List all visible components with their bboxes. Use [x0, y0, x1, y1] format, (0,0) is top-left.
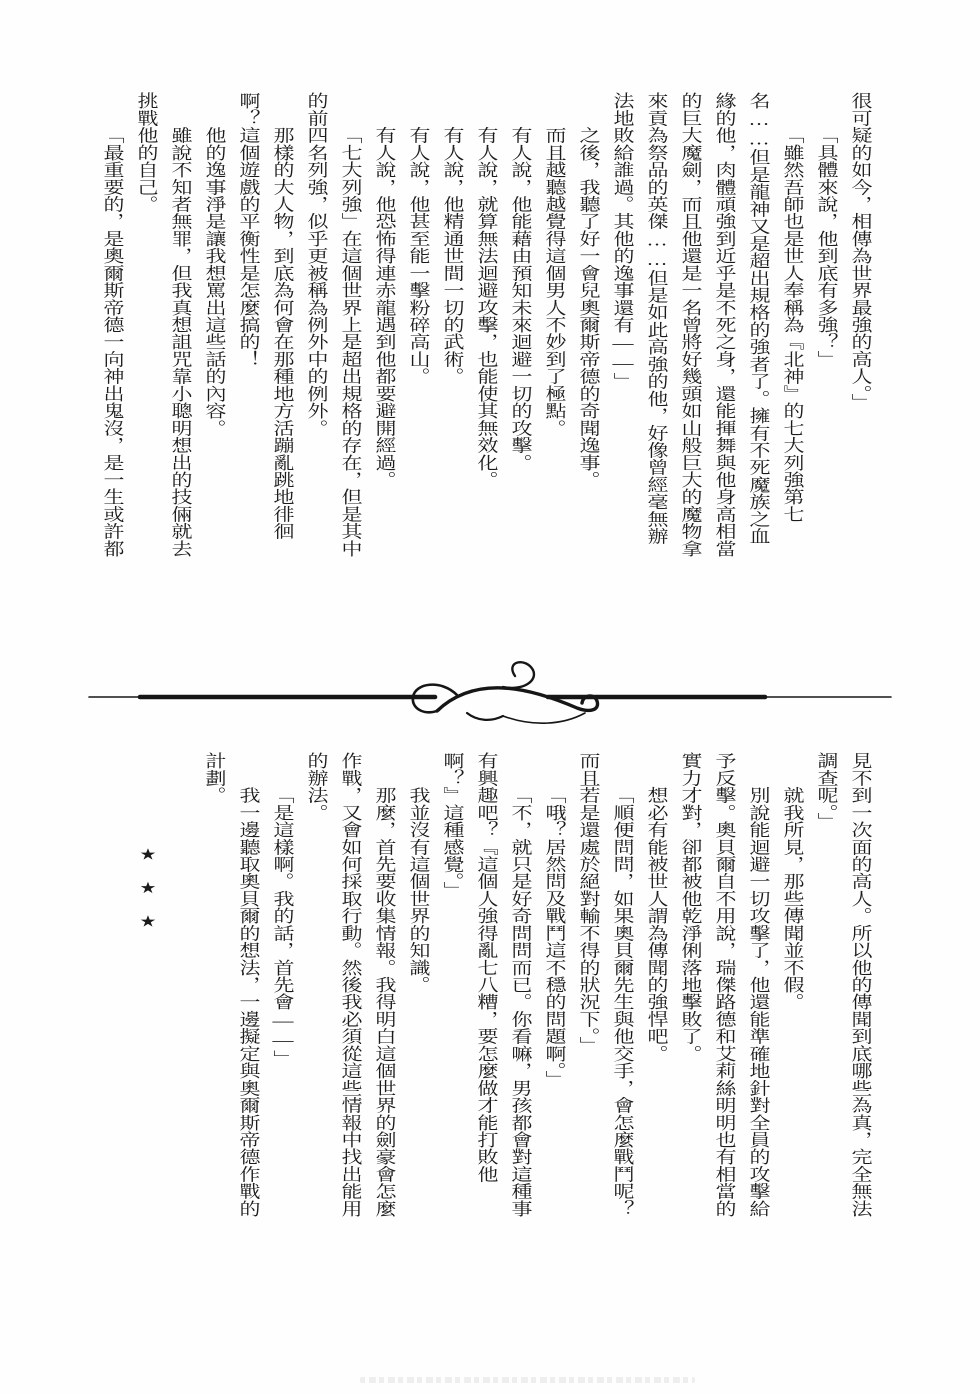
paragraph: 見不到一次面的高人。所以他的傳聞到底哪些為真，完全無法調查呢。」 [810, 752, 878, 1217]
paragraph: 我並沒有這個世界的知識。 [402, 752, 436, 1217]
paragraph: 想必有能被世人謂為傳聞的強悍吧。 [640, 752, 674, 1217]
paragraph: 有人說，就算無法迴避攻擊，也能使其無效化。 [470, 92, 504, 557]
paragraph: 雖說不知者無罪，但我真想詛咒靠小聰明想出的技倆就去挑戰他的自己。 [130, 92, 198, 557]
paragraph: 「雖然吾師也是世人奉稱為『北神』的七大列強第七名……但是龍神又是超出規格的強者了… [606, 92, 810, 557]
top-text-block: 很可疑的如今，相傳為世界最強的高人。」 「具體來說，他到底有多強？」 「雖然吾師… [96, 92, 878, 557]
faint-footer-text [360, 1377, 695, 1383]
paragraph: 「不，就只是好奇問問而已。你看嘛，男孩都會對這種事有興趣吧？『這個人強得亂七八糟… [436, 752, 538, 1217]
scene-break-stars: ★ ★ ★ [130, 752, 164, 1217]
bottom-text-block: 見不到一次面的高人。所以他的傳聞到底哪些為真，完全無法調查呢。」 就我所見，那些… [130, 752, 878, 1217]
paragraph: 我一邊聽取奧貝爾的想法，一邊擬定與奧爾斯帝德作戰的計劃。 [198, 752, 266, 1217]
paragraph: 而且越聽越覺得這個男人不妙到了極點。 [538, 92, 572, 557]
novel-page: 很可疑的如今，相傳為世界最強的高人。」 「具體來說，他到底有多強？」 「雖然吾師… [0, 0, 980, 1394]
paragraph: 有人說，他甚至能一擊粉碎高山。 [402, 92, 436, 557]
paragraph: 有人說，他恐怖得連赤龍遇到他都要避開經過。 [368, 92, 402, 557]
divider-flourish-icon [85, 655, 895, 735]
paragraph: 有人說，他精通世間一切的武術。 [436, 92, 470, 557]
paragraph: 那樣的大人物，到底為何會在那種地方活蹦亂跳地徘徊啊？這個遊戲的平衡性是怎麼搞的！ [232, 92, 300, 557]
paragraph: 很可疑的如今，相傳為世界最強的高人。」 [844, 92, 878, 557]
paragraph: 別說能迴避一切攻擊了，他還能準確地針對全員的攻擊給予反擊。奧貝爾自不用說，瑞傑路… [674, 752, 776, 1217]
paragraph: 那麼，首先要收集情報。我得明白這個世界的劍豪會怎麼作戰，又會如何採取行動。然後我… [300, 752, 402, 1217]
paragraph: 之後，我聽了好一會兒奧爾斯帝德的奇聞逸事。 [572, 92, 606, 557]
paragraph: 「順便問問，如果奧貝爾先生與他交手，會怎麼戰鬥呢？而且若是還處於絕對輸不得的狀況… [572, 752, 640, 1217]
paragraph: 「七大列強」在這個世界上是超出規格的存在，但是其中的前四名列強，似乎更被稱為例外… [300, 92, 368, 557]
paragraph: 「哦？居然問及戰鬥這不穩的問題啊。」 [538, 752, 572, 1217]
paragraph: 有人說，他能藉由預知未來迴避一切的攻擊。 [504, 92, 538, 557]
paragraph: 「最重要的，是奧爾斯帝德一向神出鬼沒，是一生或許都 [96, 92, 130, 557]
paragraph: 「是這樣啊。我的話，首先會——」 [266, 752, 300, 1217]
paragraph: 就我所見，那些傳聞並不假。 [776, 752, 810, 1217]
paragraph: 「具體來說，他到底有多強？」 [810, 92, 844, 557]
paragraph: 他的逸事淨是讓我想罵出這些話的內容。 [198, 92, 232, 557]
